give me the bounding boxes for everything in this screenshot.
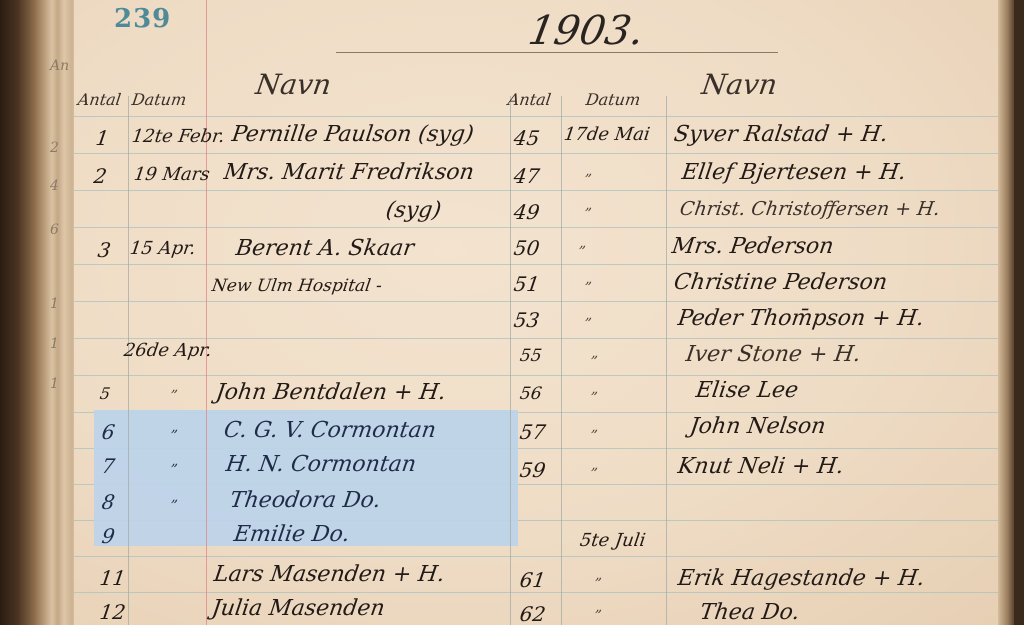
entry-name: Emilie Do. bbox=[232, 522, 351, 547]
entry-count: 56 bbox=[519, 384, 543, 404]
margin-mark: An bbox=[50, 58, 69, 74]
entry-name: Christine Pederson bbox=[672, 270, 889, 295]
entry-name: Christ. Christoffersen + H. bbox=[678, 198, 941, 220]
ditto-mark: ” bbox=[169, 388, 178, 404]
entry-date: 12te Febr. bbox=[131, 126, 226, 147]
entry-name: Ellef Bjertesen + H. bbox=[680, 160, 907, 185]
entry-count: 53 bbox=[512, 308, 541, 332]
entry-count: 59 bbox=[518, 458, 547, 482]
page-edge bbox=[998, 0, 1014, 625]
ruled-line bbox=[74, 227, 998, 228]
ditto-mark: ” bbox=[589, 466, 598, 482]
entry-name: Iver Stone + H. bbox=[684, 342, 862, 367]
margin-mark: 1 bbox=[50, 376, 59, 392]
margin-mark: 1 bbox=[50, 336, 59, 352]
previous-page-strip: An 2 4 6 1 1 1 bbox=[40, 0, 78, 625]
entry-name: Knut Neli + H. bbox=[676, 454, 845, 479]
ruled-line bbox=[74, 190, 998, 191]
ditto-mark: ” bbox=[589, 390, 598, 406]
entry-name: John Bentdalen + H. bbox=[214, 380, 447, 405]
entry-count: 61 bbox=[518, 568, 547, 592]
margin-mark: 2 bbox=[50, 140, 59, 156]
entry-date: 17de Mai bbox=[563, 124, 652, 145]
margin-line-red bbox=[206, 0, 207, 625]
margin-mark: 4 bbox=[50, 178, 59, 194]
entry-date: 26de Apr. bbox=[123, 340, 214, 361]
entry-name: Elise Lee bbox=[694, 378, 800, 403]
entry-count: 3 bbox=[96, 238, 112, 262]
entry-date: 5te Juli bbox=[579, 530, 647, 551]
page-number: 239 bbox=[114, 4, 171, 34]
ditto-mark: ” bbox=[583, 316, 592, 332]
entry-date: 19 Mars bbox=[133, 164, 212, 185]
entry-name: Peder Thom̄pson + H. bbox=[676, 306, 925, 331]
ditto-mark: ” bbox=[589, 428, 598, 444]
entry-name: Syver Ralstad + H. bbox=[672, 122, 889, 147]
ditto-mark: ” bbox=[577, 244, 586, 260]
entry-count: 5 bbox=[99, 384, 112, 403]
header-date-left: Datum bbox=[131, 90, 188, 109]
entry-count: 62 bbox=[518, 602, 547, 625]
entry-count: 2 bbox=[92, 164, 108, 188]
header-date-right: Datum bbox=[585, 90, 642, 109]
entry-name: Berent A. Skaar bbox=[234, 236, 415, 261]
entry-count: 1 bbox=[94, 126, 110, 150]
entry-name: John Nelson bbox=[688, 414, 827, 439]
entry-count: 11 bbox=[98, 566, 127, 590]
header-name-right: Navn bbox=[700, 68, 780, 101]
column-line bbox=[510, 96, 511, 625]
entry-name: C. G. V. Cormontan bbox=[222, 418, 437, 443]
entry-note: New Ulm Hospital - bbox=[211, 276, 384, 296]
entry-count: 12 bbox=[98, 600, 127, 624]
header-count-right: Antal bbox=[507, 90, 553, 109]
entry-name: H. N. Cormontan bbox=[224, 452, 418, 477]
entry-name: Lars Masenden + H. bbox=[212, 562, 446, 587]
ruled-line bbox=[74, 153, 998, 154]
ditto-mark: ” bbox=[589, 354, 598, 370]
entry-name: Theodora Do. bbox=[228, 488, 382, 513]
ruled-line bbox=[74, 556, 998, 557]
title-underline bbox=[336, 52, 778, 53]
entry-name: Pernille Paulson (syg) bbox=[230, 122, 475, 147]
ditto-mark: ” bbox=[583, 172, 592, 188]
entry-count: 45 bbox=[512, 126, 541, 150]
entry-name: (syg) bbox=[384, 198, 442, 223]
ruled-line bbox=[74, 375, 998, 376]
header-count-left: Antal bbox=[77, 90, 123, 109]
entry-count: 50 bbox=[512, 236, 541, 260]
entry-name: Julia Masenden bbox=[210, 596, 386, 621]
entry-date: 15 Apr. bbox=[129, 238, 197, 259]
ruled-line bbox=[74, 301, 998, 302]
entry-count: 49 bbox=[512, 200, 541, 224]
entry-name: Thea Do. bbox=[698, 600, 801, 625]
entry-count: 55 bbox=[519, 346, 543, 366]
entry-name: Erik Hagestande + H. bbox=[676, 566, 926, 591]
header-name-left: Navn bbox=[254, 68, 334, 101]
ruled-line bbox=[74, 264, 998, 265]
margin-mark: 1 bbox=[50, 296, 59, 312]
ditto-mark: ” bbox=[583, 206, 592, 222]
ledger-page: 239 1903. Antal Datum Navn Antal Datum N… bbox=[74, 0, 1014, 625]
ditto-mark: ” bbox=[583, 280, 592, 296]
column-line bbox=[666, 96, 667, 625]
ditto-mark: ” bbox=[593, 576, 602, 592]
year-title: 1903. bbox=[525, 8, 648, 54]
ditto-mark: ” bbox=[593, 608, 602, 624]
ruled-line bbox=[74, 592, 998, 593]
ruled-line bbox=[74, 116, 998, 117]
column-line bbox=[561, 96, 562, 625]
entry-count: 47 bbox=[512, 164, 541, 188]
entry-name: Mrs. Marit Fredrikson bbox=[222, 160, 475, 185]
entry-count: 51 bbox=[512, 272, 541, 296]
entry-name: Mrs. Pederson bbox=[670, 234, 835, 259]
ruled-line bbox=[74, 338, 998, 339]
margin-mark: 6 bbox=[50, 222, 59, 238]
entry-count: 57 bbox=[518, 420, 547, 444]
